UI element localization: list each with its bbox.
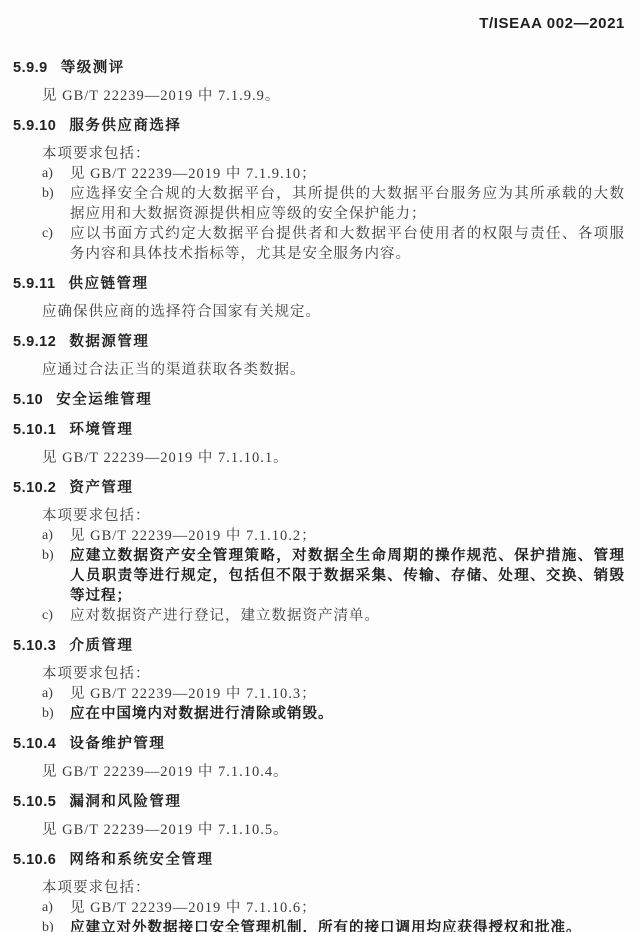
section-heading: 5.10.2资产管理 [13,478,625,498]
list-item-marker: b) [42,184,70,224]
list-item-marker: b) [42,546,70,606]
section-heading: 5.10.3介质管理 [13,636,625,656]
section-heading: 5.9.11供应链管理 [13,274,625,294]
requirement-list: a)见 GB/T 22239—2019 中 7.1.10.2；b)应建立数据资产… [42,526,625,626]
paragraph: 见 GB/T 22239—2019 中 7.1.10.4。 [42,762,625,782]
list-item-text: 应选择安全合规的大数据平台，其所提供的大数据平台服务应为其所承载的大数据应用和大… [70,184,625,224]
section-title: 供应链管理 [69,274,149,294]
list-item: c)应对数据资产进行登记，建立数据资产清单。 [42,606,625,626]
list-item-marker: b) [42,704,70,724]
requirement-list: a)见 GB/T 22239—2019 中 7.1.10.3；b)应在中国境内对… [42,684,625,724]
section-title: 服务供应商选择 [69,116,181,136]
paragraph: 本项要求包括： [42,664,625,684]
list-item-marker: c) [42,224,70,264]
list-item-text: 见 GB/T 22239—2019 中 7.1.9.10； [70,164,625,184]
document-page: T/ISEAA 002—2021 5.9.9等级测评见 GB/T 22239—2… [0,0,641,932]
section-title: 漏洞和风险管理 [69,792,181,812]
list-item-text: 见 GB/T 22239—2019 中 7.1.10.3； [70,684,625,704]
list-item: a)见 GB/T 22239—2019 中 7.1.10.3； [42,684,625,704]
section-title: 等级测评 [61,58,125,78]
list-item: a)见 GB/T 22239—2019 中 7.1.10.6； [42,898,625,918]
section-title: 数据源管理 [69,332,149,352]
requirement-list: a)见 GB/T 22239—2019 中 7.1.10.6；b)应建立对外数据… [42,898,625,932]
list-item: c)应以书面方式约定大数据平台提供者和大数据平台使用者的权限与责任、各项服务内容… [42,224,625,264]
list-item: a)见 GB/T 22239—2019 中 7.1.10.2； [42,526,625,546]
section-number: 5.10.1 [13,420,56,440]
paragraph: 应通过合法正当的渠道获取各类数据。 [42,360,625,380]
section-heading: 5.10.4设备维护管理 [13,734,625,754]
list-item: b)应选择安全合规的大数据平台，其所提供的大数据平台服务应为其所承载的大数据应用… [42,184,625,224]
list-item-text: 应以书面方式约定大数据平台提供者和大数据平台使用者的权限与责任、各项服务内容和具… [70,224,625,264]
list-item-text: 见 GB/T 22239—2019 中 7.1.10.2； [70,526,625,546]
section-title: 网络和系统安全管理 [69,850,213,870]
document-body: 5.9.9等级测评见 GB/T 22239—2019 中 7.1.9.9。5.9… [13,58,625,932]
section-heading: 5.10.1环境管理 [13,420,625,440]
list-item-marker: b) [42,918,70,932]
list-item: a)见 GB/T 22239—2019 中 7.1.9.10； [42,164,625,184]
section-heading: 5.10安全运维管理 [13,390,625,410]
section-number: 5.10.6 [13,850,56,870]
section-heading: 5.10.5漏洞和风险管理 [13,792,625,812]
list-item-marker: c) [42,606,70,626]
paragraph: 见 GB/T 22239—2019 中 7.1.10.1。 [42,448,625,468]
section-number: 5.10.4 [13,734,56,754]
section-number: 5.9.11 [13,274,56,294]
section-number: 5.10.3 [13,636,56,656]
list-item-marker: a) [42,684,70,704]
section-number: 5.10.5 [13,792,56,812]
section-title: 资产管理 [69,478,133,498]
section-title: 环境管理 [69,420,133,440]
section-heading: 5.9.10服务供应商选择 [13,116,625,136]
paragraph: 本项要求包括： [42,878,625,898]
list-item: b)应在中国境内对数据进行清除或销毁。 [42,704,625,724]
paragraph: 本项要求包括： [42,144,625,164]
list-item-text: 应对数据资产进行登记，建立数据资产清单。 [70,606,625,626]
list-item: b)应建立数据资产安全管理策略，对数据全生命周期的操作规范、保护措施、管理人员职… [42,546,625,606]
section-heading: 5.9.9等级测评 [13,58,625,78]
paragraph: 见 GB/T 22239—2019 中 7.1.10.5。 [42,820,625,840]
paragraph: 本项要求包括： [42,506,625,526]
list-item-text: 应建立对外数据接口安全管理机制，所有的接口调用均应获得授权和批准。 [70,918,625,932]
paragraph: 应确保供应商的选择符合国家有关规定。 [42,302,625,322]
list-item-marker: a) [42,164,70,184]
paragraph: 见 GB/T 22239—2019 中 7.1.9.9。 [42,86,625,106]
list-item-marker: a) [42,898,70,918]
requirement-list: a)见 GB/T 22239—2019 中 7.1.9.10；b)应选择安全合规… [42,164,625,264]
section-number: 5.10.2 [13,478,56,498]
section-number: 5.9.10 [13,116,56,136]
section-title: 介质管理 [69,636,133,656]
section-heading: 5.9.12数据源管理 [13,332,625,352]
section-number: 5.9.12 [13,332,56,352]
section-number: 5.10 [13,390,43,410]
list-item-text: 应在中国境内对数据进行清除或销毁。 [70,704,625,724]
section-title: 安全运维管理 [56,390,152,410]
section-title: 设备维护管理 [69,734,165,754]
list-item-text: 应建立数据资产安全管理策略，对数据全生命周期的操作规范、保护措施、管理人员职责等… [70,546,625,606]
document-code: T/ISEAA 002—2021 [13,14,625,34]
list-item-marker: a) [42,526,70,546]
section-heading: 5.10.6网络和系统安全管理 [13,850,625,870]
list-item: b)应建立对外数据接口安全管理机制，所有的接口调用均应获得授权和批准。 [42,918,625,932]
list-item-text: 见 GB/T 22239—2019 中 7.1.10.6； [70,898,625,918]
section-number: 5.9.9 [13,58,48,78]
